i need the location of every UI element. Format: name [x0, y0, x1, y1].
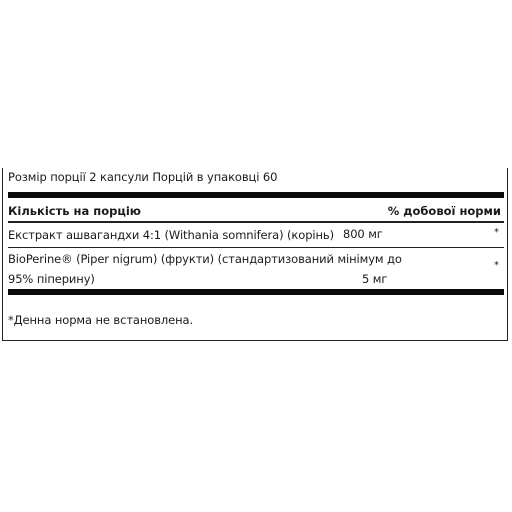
ingredient-amount-bioperine: 5 мг: [362, 272, 387, 286]
daily-value-header: % добової норми: [388, 204, 501, 218]
header-divider: [8, 221, 504, 223]
ingredient-amount-ashwagandha: 800 мг: [343, 227, 383, 241]
serving-info: Розмір порції 2 капсули Порцій в упаковц…: [8, 170, 277, 184]
footnote: *Денна норма не встановлена.: [8, 313, 193, 327]
thick-divider-bottom: [8, 289, 504, 295]
row-divider: [8, 247, 504, 248]
supplement-facts-panel: Розмір порції 2 капсули Порцій в упаковц…: [2, 168, 508, 341]
amount-per-serving-header: Кількість на порцію: [8, 204, 141, 218]
ingredient-name-ashwagandha: Екстракт ашвагандхи 4:1 (Withania somnif…: [8, 228, 334, 242]
ingredient-dv-ashwagandha: *: [494, 227, 499, 238]
ingredient-name-bioperine-line1: BioPerine® (Piper nigrum) (фрукти) (стан…: [8, 252, 402, 266]
thick-divider-top: [8, 192, 504, 198]
ingredient-dv-bioperine: *: [494, 260, 499, 271]
ingredient-name-bioperine-line2: 95% піперину): [8, 272, 95, 286]
